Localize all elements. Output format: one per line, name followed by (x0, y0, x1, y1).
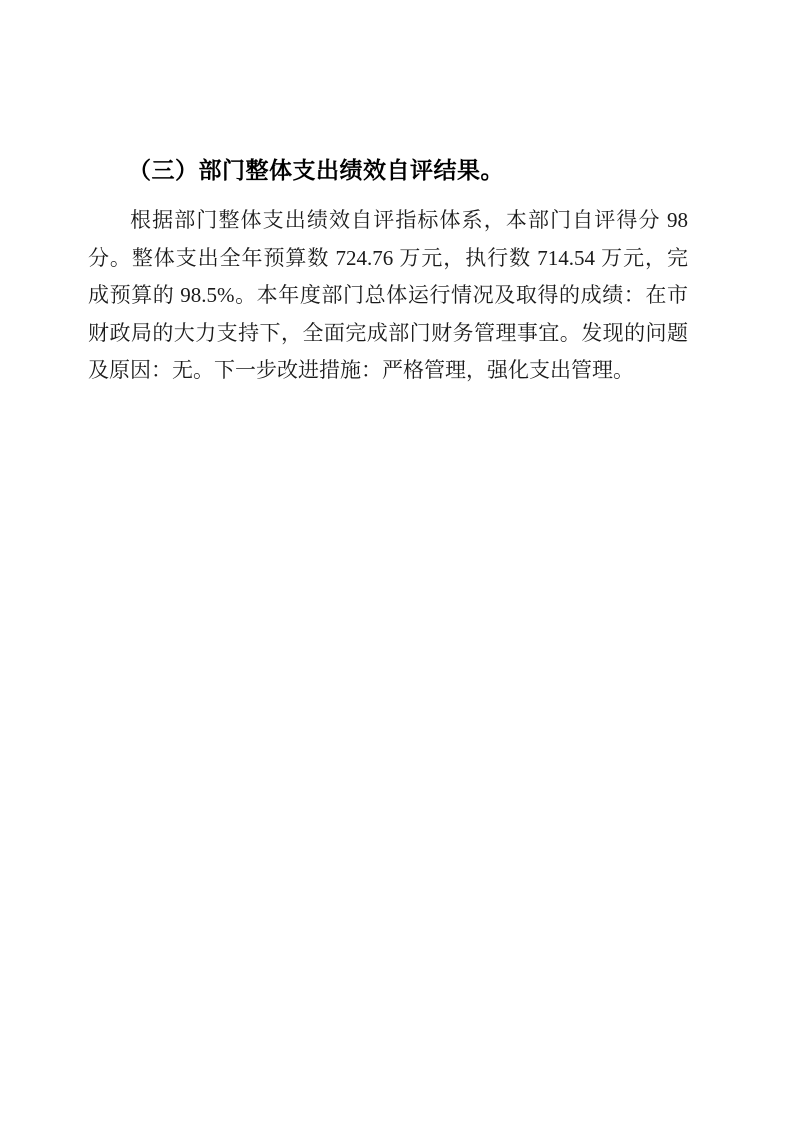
document-page: （三）部门整体支出绩效自评结果。 根据部门整体支出绩效自评指标体系，本部门自评得… (0, 0, 793, 1122)
paragraph-line: 根据部门整体支出绩效自评指标体系，本部门自评得分 98 (88, 202, 688, 240)
paragraph-line: 及原因：无。下一步改进措施：严格管理，强化支出管理。 (88, 352, 688, 390)
paragraph-line: 财政局的大力支持下，全面完成部门财务管理事宜。发现的问题 (88, 315, 688, 353)
section-heading: （三）部门整体支出绩效自评结果。 (88, 150, 688, 192)
page-content: （三）部门整体支出绩效自评结果。 根据部门整体支出绩效自评指标体系，本部门自评得… (88, 150, 688, 390)
body-paragraph: 根据部门整体支出绩效自评指标体系，本部门自评得分 98 分。整体支出全年预算数 … (88, 202, 688, 390)
paragraph-line: 分。整体支出全年预算数 724.76 万元，执行数 714.54 万元，完 (88, 240, 688, 278)
paragraph-line: 成预算的 98.5%。本年度部门总体运行情况及取得的成绩：在市 (88, 277, 688, 315)
